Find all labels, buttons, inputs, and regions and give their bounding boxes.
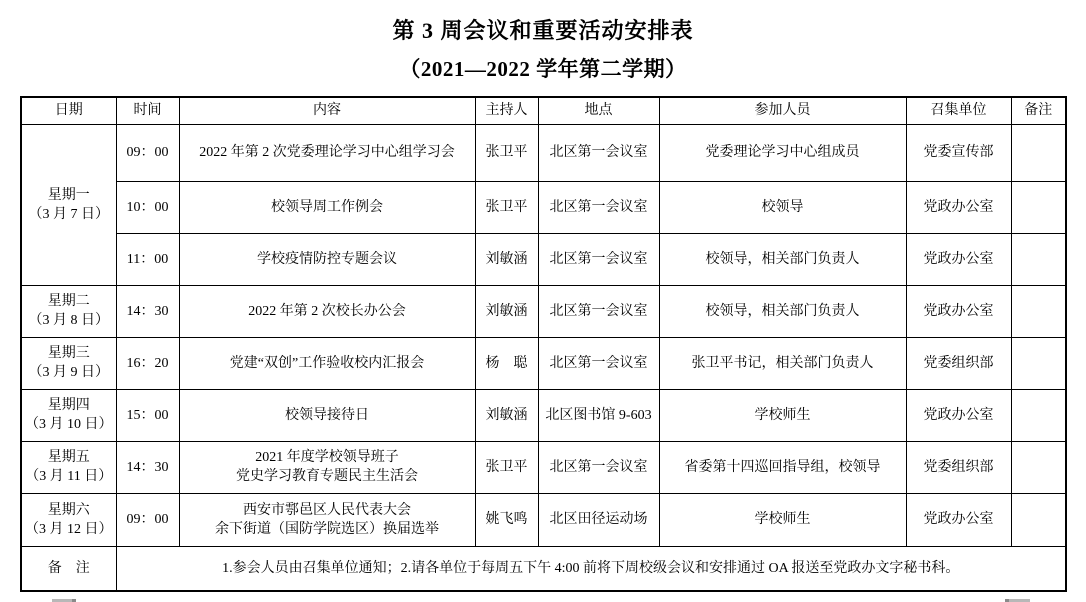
note-cell — [1011, 285, 1066, 337]
participants-cell: 校领导，相关部门负责人 — [659, 233, 906, 285]
weekday-label: 星期一 — [25, 186, 113, 205]
organizer-cell: 党政办公室 — [906, 285, 1011, 337]
location-cell: 北区第一会议室 — [538, 285, 659, 337]
participants-cell: 校领导 — [659, 181, 906, 233]
organizer-cell: 党委组织部 — [906, 337, 1011, 389]
table-row: 星期六 （3 月 12 日） 09：00 西安市鄠邑区人民代表大会 余下街道（国… — [21, 493, 1066, 546]
participants-cell: 校领导，相关部门负责人 — [659, 285, 906, 337]
content-cell: 2021 年度学校领导班子 党史学习教育专题民主生活会 — [179, 441, 475, 493]
time-cell: 10：00 — [116, 181, 179, 233]
organizer-cell: 党委宣传部 — [906, 124, 1011, 181]
weekday-label: 星期六 — [25, 501, 113, 520]
col-header-host: 主持人 — [475, 97, 538, 124]
weekday-label: 星期四 — [25, 396, 113, 415]
col-header-date: 日期 — [21, 97, 116, 124]
col-header-location: 地点 — [538, 97, 659, 124]
schedule-table: 日期 时间 内容 主持人 地点 参加人员 召集单位 备注 星期一 （3 月 7 … — [20, 96, 1067, 592]
weekday-label: 星期三 — [25, 344, 113, 363]
date-label: （3 月 11 日） — [25, 467, 113, 486]
host-cell: 张卫平 — [475, 181, 538, 233]
time-cell: 11：00 — [116, 233, 179, 285]
host-cell: 刘敏涵 — [475, 389, 538, 441]
col-header-note: 备注 — [1011, 97, 1066, 124]
col-header-content: 内容 — [179, 97, 475, 124]
table-row: 星期一 （3 月 7 日） 09：00 2022 年第 2 次党委理论学习中心组… — [21, 124, 1066, 181]
organizer-cell: 党政办公室 — [906, 389, 1011, 441]
time-cell: 14：30 — [116, 441, 179, 493]
date-cell-saturday: 星期六 （3 月 12 日） — [21, 493, 116, 546]
host-cell: 张卫平 — [475, 124, 538, 181]
page-subtitle: （2021—2022 学年第二学期） — [0, 53, 1086, 83]
date-cell-monday: 星期一 （3 月 7 日） — [21, 124, 116, 285]
time-cell: 15：00 — [116, 389, 179, 441]
date-label: （3 月 10 日） — [25, 415, 113, 434]
content-cell: 校领导周工作例会 — [179, 181, 475, 233]
time-cell: 14：30 — [116, 285, 179, 337]
date-cell-tuesday: 星期二 （3 月 8 日） — [21, 285, 116, 337]
note-cell — [1011, 233, 1066, 285]
col-header-organizer: 召集单位 — [906, 97, 1011, 124]
content-cell: 校领导接待日 — [179, 389, 475, 441]
organizer-cell: 党委组织部 — [906, 441, 1011, 493]
table-row: 11：00 学校疫情防控专题会议 刘敏涵 北区第一会议室 校领导，相关部门负责人… — [21, 233, 1066, 285]
date-cell-wednesday: 星期三 （3 月 9 日） — [21, 337, 116, 389]
weekday-label: 星期二 — [25, 292, 113, 311]
note-cell — [1011, 181, 1066, 233]
table-row: 星期四 （3 月 10 日） 15：00 校领导接待日 刘敏涵 北区图书馆 9-… — [21, 389, 1066, 441]
content-cell: 2022 年第 2 次党委理论学习中心组学习会 — [179, 124, 475, 181]
col-header-time: 时间 — [116, 97, 179, 124]
content-cell: 2022 年第 2 次校长办公会 — [179, 285, 475, 337]
location-cell: 北区田径运动场 — [538, 493, 659, 546]
date-cell-friday: 星期五 （3 月 11 日） — [21, 441, 116, 493]
note-cell — [1011, 441, 1066, 493]
col-header-participants: 参加人员 — [659, 97, 906, 124]
date-cell-thursday: 星期四 （3 月 10 日） — [21, 389, 116, 441]
weekday-label: 星期五 — [25, 448, 113, 467]
location-cell: 北区第一会议室 — [538, 441, 659, 493]
time-cell: 09：00 — [116, 493, 179, 546]
notes-label-cell: 备 注 — [21, 546, 116, 591]
table-row: 星期五 （3 月 11 日） 14：30 2021 年度学校领导班子 党史学习教… — [21, 441, 1066, 493]
host-cell: 刘敏涵 — [475, 285, 538, 337]
note-cell — [1011, 124, 1066, 181]
page-title: 第 3 周会议和重要活动安排表 — [0, 14, 1086, 45]
location-cell: 北区图书馆 9-603 — [538, 389, 659, 441]
location-cell: 北区第一会议室 — [538, 233, 659, 285]
content-line-2: 党史学习教育专题民主生活会 — [183, 467, 472, 486]
note-cell — [1011, 337, 1066, 389]
participants-cell: 省委第十四巡回指导组，校领导 — [659, 441, 906, 493]
table-row: 星期三 （3 月 9 日） 16：20 党建“双创”工作验收校内汇报会 杨 聪 … — [21, 337, 1066, 389]
host-cell: 姚飞鸣 — [475, 493, 538, 546]
notes-row: 备 注 1.参会人员由召集单位通知；2.请各单位于每周五下午 4:00 前将下周… — [21, 546, 1066, 591]
table-row: 星期二 （3 月 8 日） 14：30 2022 年第 2 次校长办公会 刘敏涵… — [21, 285, 1066, 337]
content-cell: 党建“双创”工作验收校内汇报会 — [179, 337, 475, 389]
note-cell — [1011, 389, 1066, 441]
organizer-cell: 党政办公室 — [906, 493, 1011, 546]
host-cell: 杨 聪 — [475, 337, 538, 389]
date-label: （3 月 7 日） — [25, 205, 113, 224]
content-cell: 学校疫情防控专题会议 — [179, 233, 475, 285]
content-line-1: 西安市鄠邑区人民代表大会 — [183, 501, 472, 520]
host-cell: 刘敏涵 — [475, 233, 538, 285]
document-page: 第 3 周会议和重要活动安排表 （2021—2022 学年第二学期） 日期 时间… — [0, 0, 1086, 602]
content-line-2: 余下街道（国防学院选区）换届选举 — [183, 520, 472, 539]
participants-cell: 张卫平书记，相关部门负责人 — [659, 337, 906, 389]
time-cell: 16：20 — [116, 337, 179, 389]
content-cell: 西安市鄠邑区人民代表大会 余下街道（国防学院选区）换届选举 — [179, 493, 475, 546]
note-cell — [1011, 493, 1066, 546]
participants-cell: 学校师生 — [659, 389, 906, 441]
organizer-cell: 党政办公室 — [906, 233, 1011, 285]
date-label: （3 月 8 日） — [25, 311, 113, 330]
table-row: 10：00 校领导周工作例会 张卫平 北区第一会议室 校领导 党政办公室 — [21, 181, 1066, 233]
date-label: （3 月 9 日） — [25, 363, 113, 382]
participants-cell: 党委理论学习中心组成员 — [659, 124, 906, 181]
notes-text-cell: 1.参会人员由召集单位通知；2.请各单位于每周五下午 4:00 前将下周校级会议… — [116, 546, 1066, 591]
date-label: （3 月 12 日） — [25, 520, 113, 539]
host-cell: 张卫平 — [475, 441, 538, 493]
participants-cell: 学校师生 — [659, 493, 906, 546]
time-cell: 09：00 — [116, 124, 179, 181]
location-cell: 北区第一会议室 — [538, 337, 659, 389]
location-cell: 北区第一会议室 — [538, 181, 659, 233]
location-cell: 北区第一会议室 — [538, 124, 659, 181]
content-line-1: 2021 年度学校领导班子 — [183, 448, 472, 467]
organizer-cell: 党政办公室 — [906, 181, 1011, 233]
header-row: 日期 时间 内容 主持人 地点 参加人员 召集单位 备注 — [21, 97, 1066, 124]
